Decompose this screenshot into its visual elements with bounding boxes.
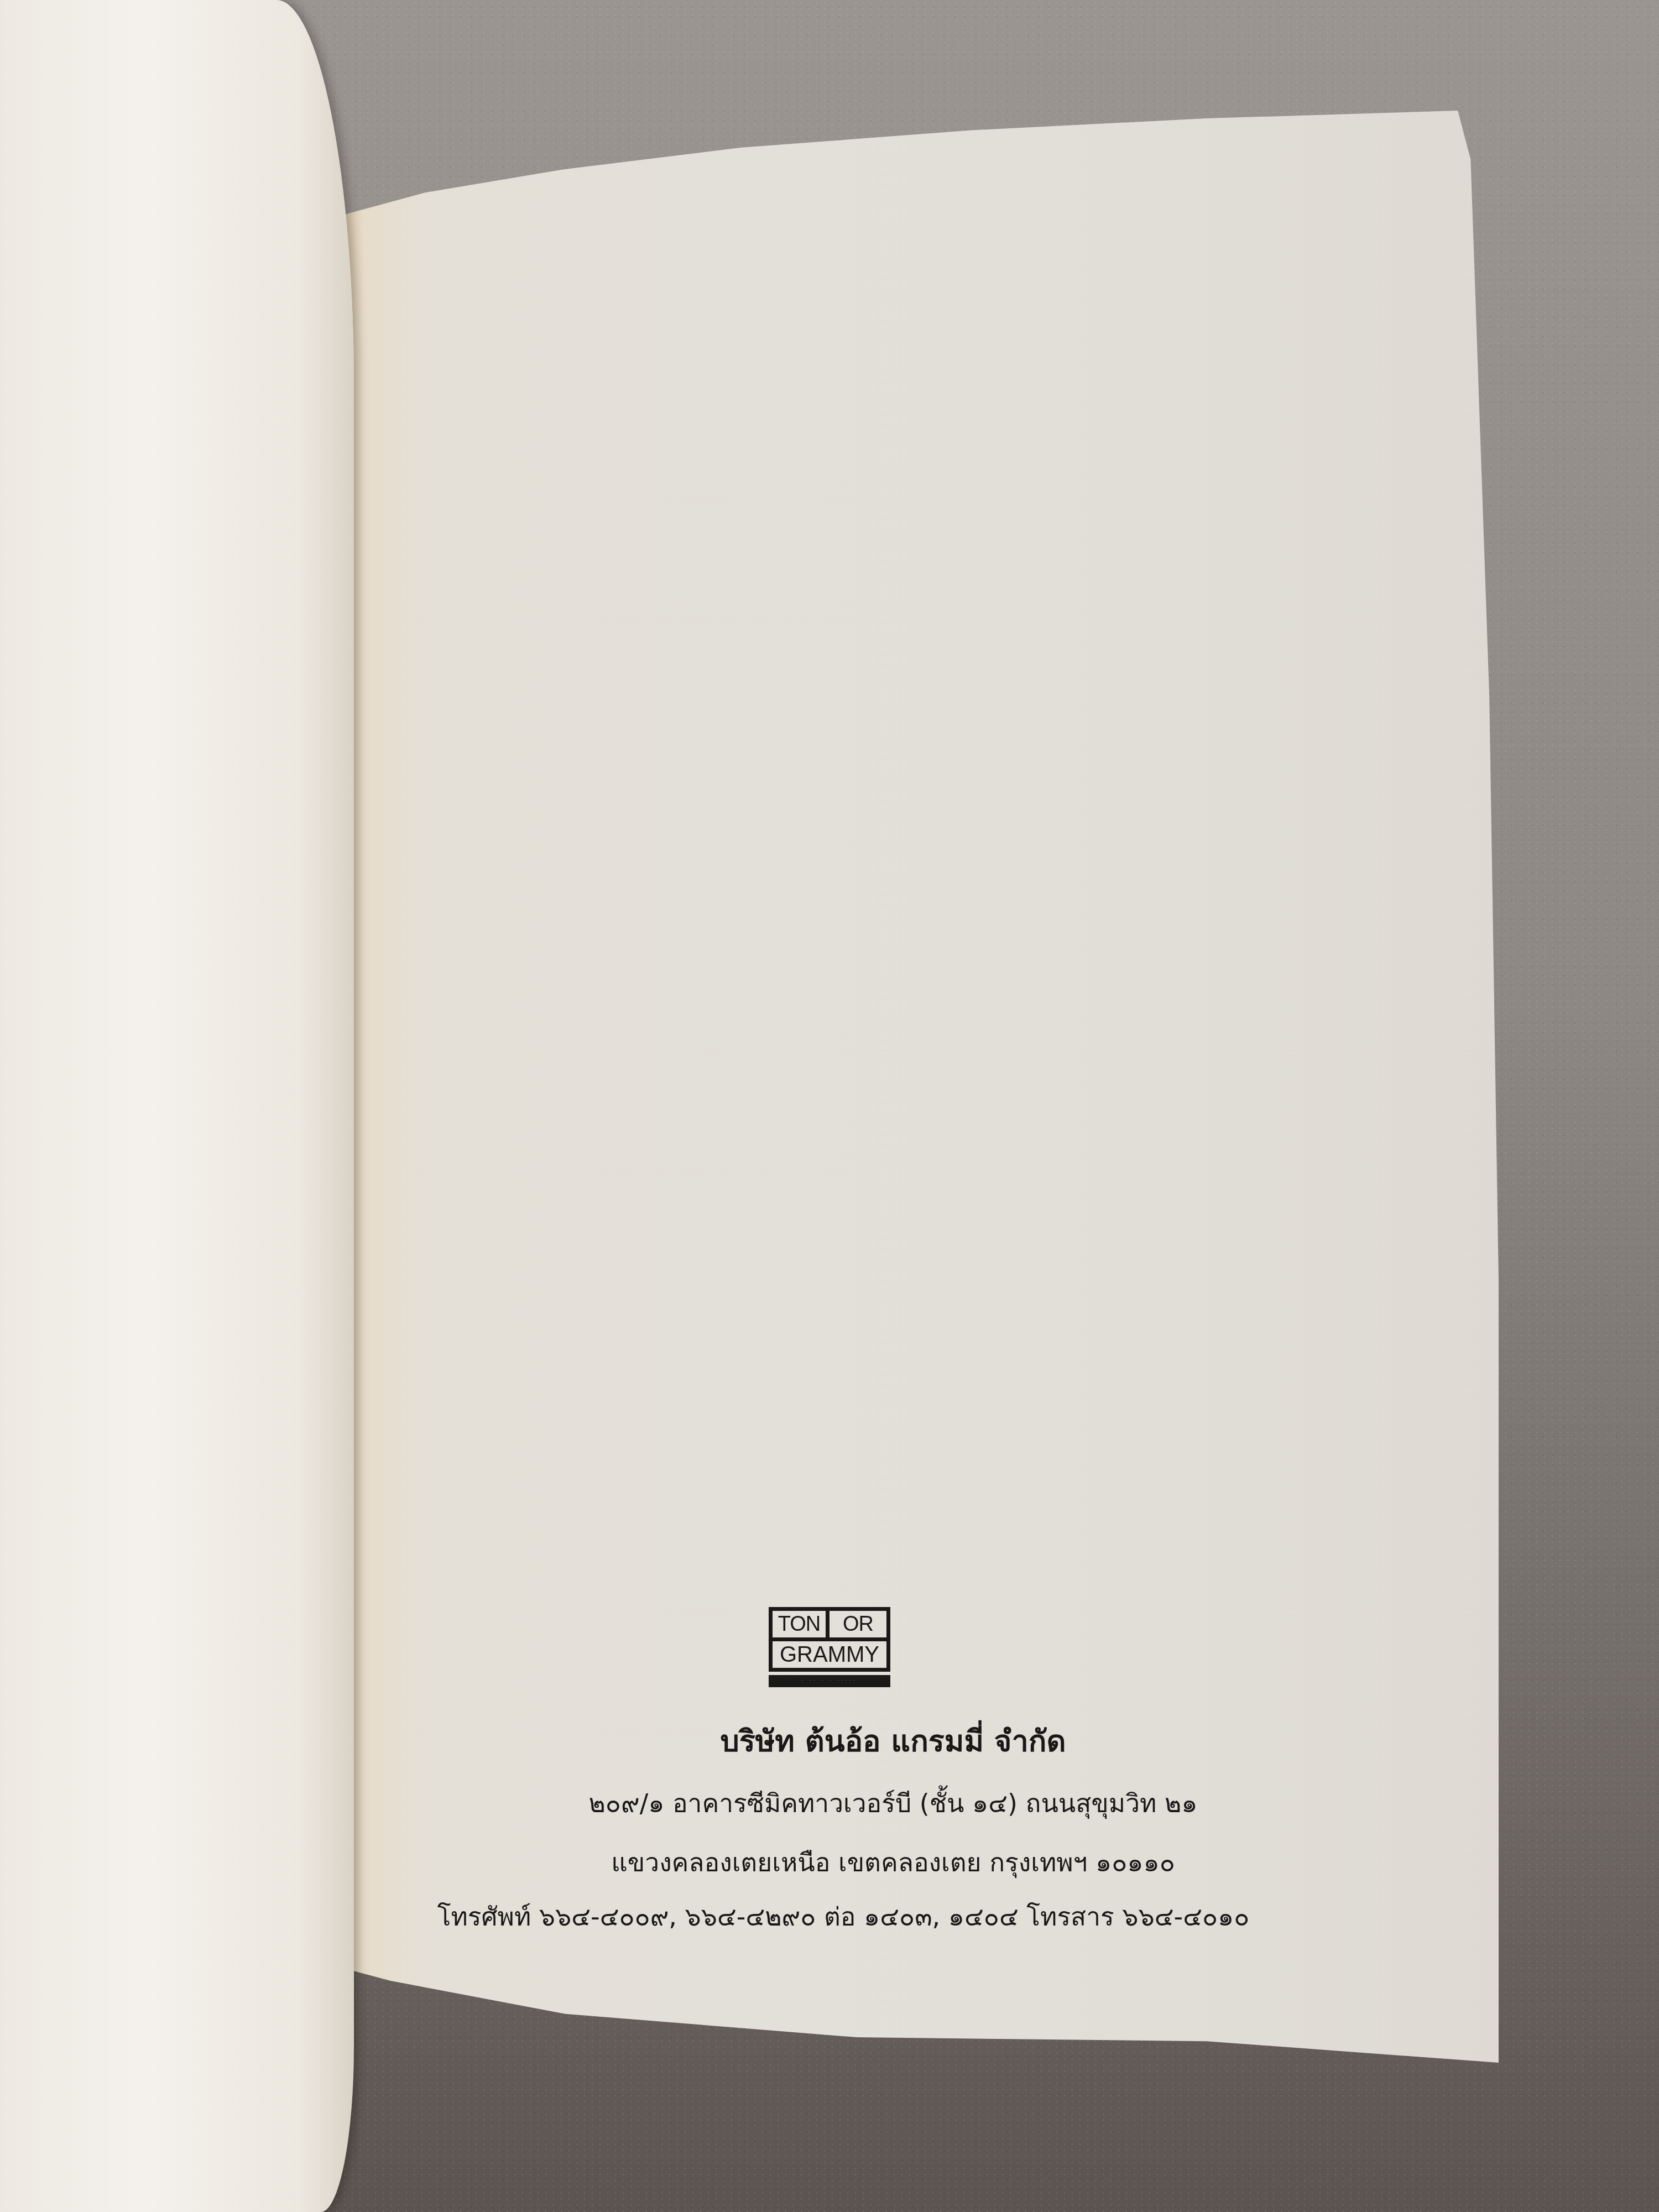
left-book-page xyxy=(0,0,354,2212)
logo-tagline-bar: · ·· · · ····· xyxy=(769,1675,890,1687)
publisher-address-line-1: ๒๐๙/๑ อาคารซีมิคทาวเวอร์บี (ชั้น ๑๔) ถนน… xyxy=(310,1783,1477,1824)
logo-frame: TON OR GRAMMY xyxy=(769,1607,890,1672)
imprint-page-content: TON OR GRAMMY · ·· · · ····· บริษัท ต้นอ… xyxy=(332,111,1499,2063)
publisher-contact-line: โทรศัพท์ ๖๖๔-๔๐๐๙, ๖๖๔-๔๒๙๐ ต่อ ๑๔๐๓, ๑๔… xyxy=(260,1897,1427,1937)
publisher-address-line-2: แขวงคลองเตยเหนือ เขตคลองเตย กรุงเทพฯ ๑๐๑… xyxy=(310,1843,1477,1883)
logo-text-ton: TON xyxy=(773,1611,830,1641)
logo-text-grammy: GRAMMY xyxy=(773,1641,886,1668)
publisher-company-name: บริษัท ต้นอ้อ แกรมมี่ จำกัด xyxy=(310,1717,1477,1765)
logo-text-or: OR xyxy=(830,1611,886,1641)
ton-or-grammy-logo: TON OR GRAMMY · ·· · · ····· xyxy=(769,1607,890,1687)
